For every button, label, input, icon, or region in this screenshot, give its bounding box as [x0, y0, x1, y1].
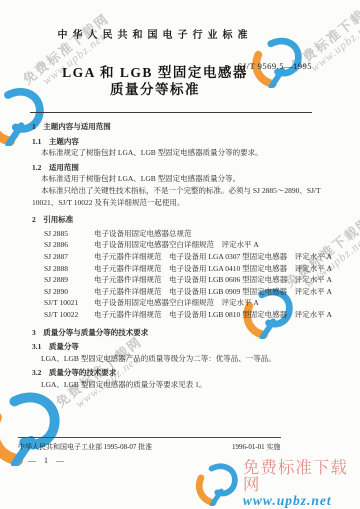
reference-code: SJ 2887 — [44, 251, 94, 263]
reference-desc: 电子元器件详细规范 电子设备用 LGB 0606 型固定电感器 评定水平 A — [94, 274, 336, 286]
upbz-logo-icon — [193, 462, 239, 506]
reference-code: SJ 2889 — [44, 274, 94, 286]
reference-desc: 电子元器件详细规范 电子设备用 LGB 0810 型固定电感器 评定水平 A — [94, 309, 336, 321]
reference-list: SJ 2885 电子设备用固定电感器总规范 SJ 2886 电子设备用固定电感器… — [32, 228, 336, 321]
standard-body-name: 中华人民共和国电子行业标准 — [0, 26, 310, 41]
reference-desc: 电子设备用固定电感器空白详细规范 评定水平 A — [94, 239, 336, 251]
implementation-date: 1996-01-01 实施 — [232, 442, 280, 452]
reference-desc: 电子设备用固定电感器总规范 — [94, 228, 336, 240]
reference-desc: 电子元器件详细规范 电子设备用 LGB 0909 型固定电感器 评定水平 A — [94, 286, 336, 298]
reference-code: SJ 2886 — [44, 239, 94, 251]
section-1-2-text2-line1: 本标准只给出了关键性技术指标，不是一个完整的标准。必须与 SJ 2885～289… — [32, 185, 336, 197]
reference-desc: 电子设备用固定电感器空白详细规范 评定水平 A — [94, 297, 336, 309]
section-3-2-heading: 3.2 质量分等的技术要求 — [32, 367, 336, 379]
brand-site-name: 免费标准下载网 — [243, 460, 360, 494]
section-3-2-text: LGA、LGB 型固定电感器的质量分等要求见表 1。 — [32, 379, 336, 391]
reference-row: SJ 2886 电子设备用固定电感器空白详细规范 评定水平 A — [44, 239, 336, 251]
section-1-2-heading: 1.2 适用范围 — [32, 162, 336, 174]
title-divider — [30, 112, 312, 113]
section-1-heading: 1 主题内容与适用范围 — [32, 121, 336, 133]
document-body: 1 主题内容与适用范围 1.1 主题内容 本标准规定了树脂包封 LGA、LGB … — [32, 121, 336, 390]
section-3-1-heading: 3.1 质量分等 — [32, 341, 336, 353]
section-2-heading: 2 引用标准 — [32, 214, 336, 226]
standard-document-page: 免费标准下载网 www.upbz.net 免费标准下载网 www.upbz.ne… — [0, 0, 360, 509]
upbz-brand-block: 免费标准下载网 www.upbz.net — [193, 460, 360, 507]
reference-desc: 电子元器件详细规范 电子设备用 LGA 0307 型固定电感器 评定水平 A — [94, 251, 336, 263]
section-1-2-text: 本标准适用于树脂包封 LGA、LGB 型固定电感器质量分等。 — [32, 173, 336, 185]
section-1-1-text: 本标准规定了树脂包封 LGA、LGB 型固定电感器质量分等的要求。 — [32, 147, 336, 159]
title-line-1: LGA 和 LGB 型固定电感器 — [0, 64, 310, 81]
approval-statement: 中华人民共和国电子工业部 1995-08-07 批准 — [18, 442, 152, 452]
reference-code: SJ 2890 — [44, 286, 94, 298]
footer-divider — [18, 437, 281, 438]
section-3-1-text: LGA、LGB 型固定电感器产品的质量等级分为二等：优等品、一等品。 — [32, 353, 336, 365]
reference-row: SJ/T 10021 电子设备用固定电感器空白详细规范 评定水平 A — [44, 297, 336, 309]
upbz-brand-text: 免费标准下载网 www.upbz.net — [243, 460, 360, 507]
reference-code: SJ 2888 — [44, 263, 94, 275]
reference-code: SJ/T 10021 — [44, 297, 94, 309]
page-number: — 1 — — [28, 456, 67, 465]
reference-row: SJ 2887 电子元器件详细规范 电子设备用 LGA 0307 型固定电感器 … — [44, 251, 336, 263]
section-1-1-heading: 1.1 主题内容 — [32, 136, 336, 148]
upbz-logo-icon — [0, 390, 60, 466]
reference-row: SJ 2890 电子元器件详细规范 电子设备用 LGB 0909 型固定电感器 … — [44, 286, 336, 298]
document-title: LGA 和 LGB 型固定电感器 质量分等标准 — [0, 64, 310, 98]
reference-desc: 电子元器件详细规范 电子设备用 LGA 0410 型固定电感器 评定水平 A — [94, 263, 336, 275]
reference-code: SJ/T 10022 — [44, 309, 94, 321]
reference-row: SJ 2889 电子元器件详细规范 电子设备用 LGB 0606 型固定电感器 … — [44, 274, 336, 286]
reference-row: SJ 2885 电子设备用固定电感器总规范 — [44, 228, 336, 240]
reference-code: SJ 2885 — [44, 228, 94, 240]
section-3-heading: 3 质量分等与质量分等的技术要求 — [32, 327, 336, 339]
reference-row: SJ/T 10022 电子元器件详细规范 电子设备用 LGB 0810 型固定电… — [44, 309, 336, 321]
reference-row: SJ 2888 电子元器件详细规范 电子设备用 LGA 0410 型固定电感器 … — [44, 263, 336, 275]
brand-site-url: www.upbz.net — [243, 494, 360, 508]
title-line-2: 质量分等标准 — [0, 81, 310, 98]
section-1-2-text2-line2: 10021、SJ/T 10022 及有关详细规范一起使用。 — [32, 197, 336, 209]
